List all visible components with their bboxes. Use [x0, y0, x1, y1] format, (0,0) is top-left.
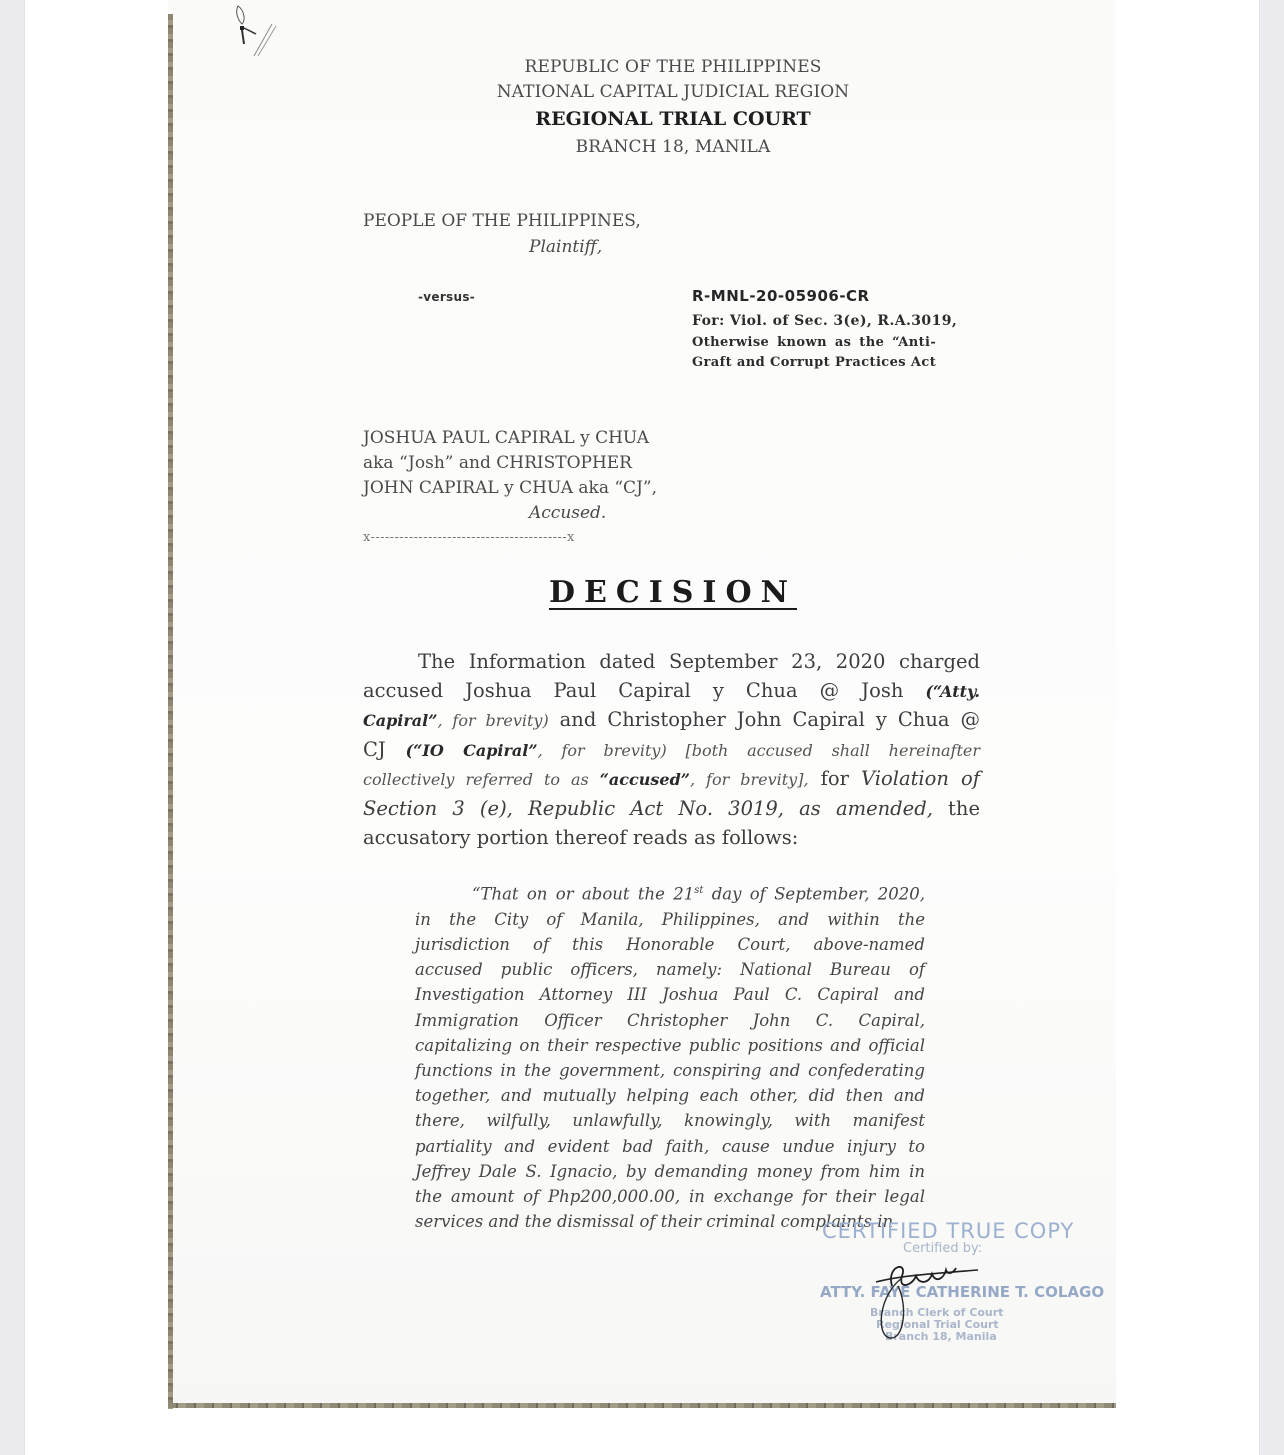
plaintiff-name: PEOPLE OF THE PHILIPPINES,: [363, 211, 641, 231]
quote-line: accused public officers, namely: Nationa…: [415, 957, 925, 982]
case-description-line: For: Viol. of Sec. 3(e), R.A.3019,: [692, 313, 957, 329]
quote-line: capitalizing on their respective public …: [415, 1033, 925, 1058]
quote-line: there, wilfully, unlawfully, knowingly, …: [415, 1108, 925, 1133]
accused-name-line: aka “Josh” and CHRISTOPHER: [363, 453, 632, 473]
signature-icon: [868, 1256, 998, 1346]
stamp-certified-by: Certified by:: [903, 1241, 982, 1256]
page-bottom-edge: [168, 1403, 1116, 1408]
body-line: collectively referred to as “accused”, f…: [363, 765, 980, 795]
accused-name-line: JOSHUA PAUL CAPIRAL y CHUA: [363, 428, 649, 448]
quote-line: in the City of Manila, Philippines, and …: [415, 907, 925, 932]
body-line: Capiral”, for brevity) and Christopher J…: [363, 706, 980, 736]
quote-line: the amount of Php200,000.00, in exchange…: [415, 1184, 925, 1209]
case-number: R-MNL-20-05906-CR: [692, 287, 870, 305]
page-left-edge: [168, 14, 173, 1409]
quote-line: “That on or about the 21st day of Septem…: [415, 878, 925, 907]
accused-name-line: JOHN CAPIRAL y CHUA aka “CJ”,: [363, 478, 657, 498]
accusatory-quote: “That on or about the 21st day of Septem…: [415, 878, 925, 1234]
body-line: accusatory portion thereof reads as foll…: [363, 824, 980, 853]
document-title: DECISION: [168, 575, 1178, 610]
body-line: The Information dated September 23, 2020…: [363, 648, 980, 677]
versus-label: -versus-: [418, 290, 475, 304]
header-region: NATIONAL CAPITAL JUDICIAL REGION: [168, 82, 1178, 102]
quote-line: partiality and evident bad faith, cause …: [415, 1134, 925, 1159]
quote-line: jurisdiction of this Honorable Court, ab…: [415, 932, 925, 957]
plaintiff-role: Plaintiff,: [529, 237, 602, 257]
body-paragraph: The Information dated September 23, 2020…: [363, 648, 980, 852]
viewer-left-margin: [0, 0, 25, 1455]
quote-line: functions in the government, conspiring …: [415, 1058, 925, 1083]
caption-separator: x---------------------------------------…: [363, 530, 575, 545]
quote-line: together, and mutually helping each othe…: [415, 1083, 925, 1108]
quote-line: Investigation Attorney III Joshua Paul C…: [415, 982, 925, 1007]
body-line: Section 3 (e), Republic Act No. 3019, as…: [363, 795, 980, 824]
viewer-scrollbar-track[interactable]: [1259, 0, 1284, 1455]
quote-line: Immigration Officer Christopher John C. …: [415, 1008, 925, 1033]
stamp-title: CERTIFIED TRUE COPY: [822, 1219, 1074, 1243]
accused-role: Accused.: [529, 503, 606, 523]
header-republic: REPUBLIC OF THE PHILIPPINES: [168, 57, 1178, 77]
header-branch: BRANCH 18, MANILA: [168, 137, 1178, 157]
header-court: REGIONAL TRIAL COURT: [168, 108, 1178, 130]
body-line: accused Joshua Paul Capiral y Chua @ Jos…: [363, 677, 980, 707]
case-description-line: Graft and Corrupt Practices Act: [692, 355, 936, 370]
quote-line: Jeffrey Dale S. Ignacio, by demanding mo…: [415, 1159, 925, 1184]
body-line: CJ (“IO Capiral”, for brevity) [both acc…: [363, 736, 980, 766]
handwritten-mark-icon: [232, 4, 292, 60]
case-description-line: Otherwise known as the “Anti-: [692, 335, 936, 350]
